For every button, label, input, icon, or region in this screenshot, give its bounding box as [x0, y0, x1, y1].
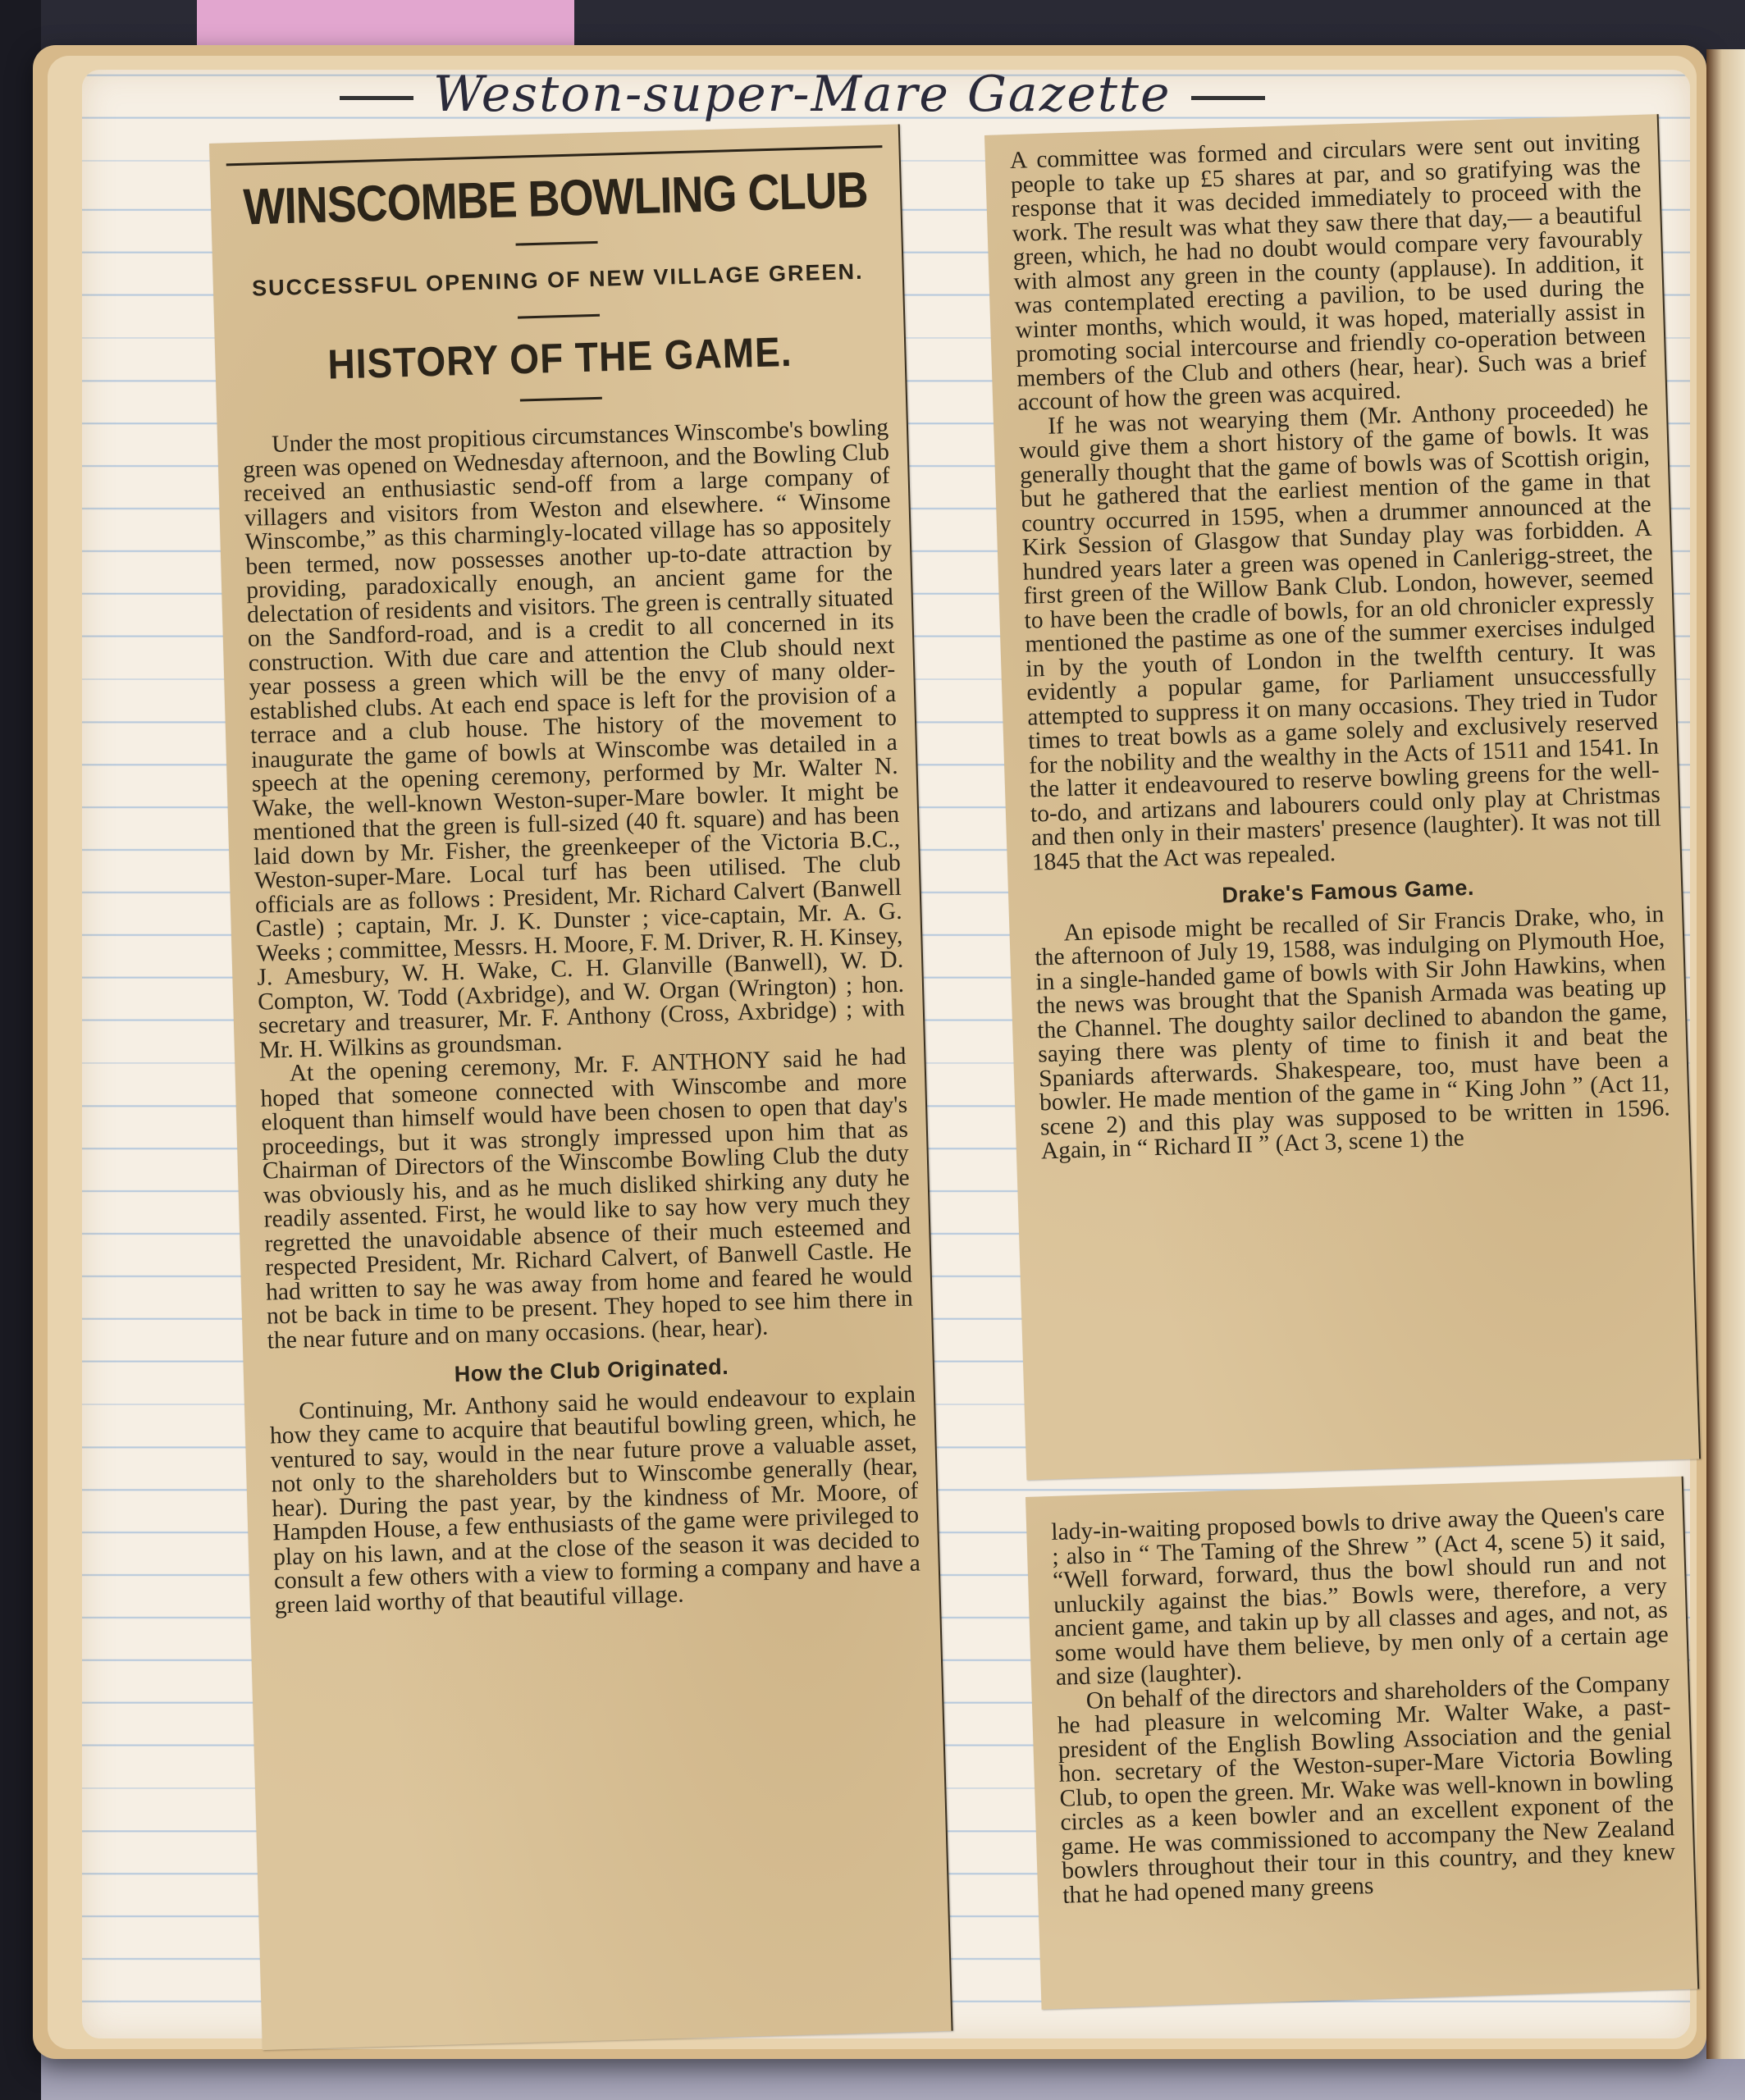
- newspaper-clipping-left: WINSCOMBE BOWLING CLUB SUCCESSFUL OPENIN…: [209, 124, 953, 2050]
- paragraph: On behalf of the directors and sharehold…: [1056, 1671, 1676, 1908]
- article-body: lady-in-waiting proposed bowls to drive …: [1026, 1501, 1694, 1909]
- dash-left: [340, 96, 413, 100]
- paragraph: Continuing, Mr. Anthony said he would en…: [269, 1382, 921, 1618]
- source-name: Weston-super-Mare Gazette: [433, 66, 1172, 123]
- dash-right: [1191, 96, 1265, 100]
- article-body: A committee was formed and circulars wer…: [985, 129, 1689, 1165]
- paragraph: If he was not wearying them (Mr. Anthony…: [1018, 395, 1662, 874]
- article-body: Under the most propitious circumstances …: [217, 415, 939, 1618]
- divider: [516, 241, 598, 246]
- newspaper-clipping-right-top: A committee was formed and circulars wer…: [984, 114, 1701, 1480]
- book-spine: [1706, 49, 1745, 2059]
- subheadline: SUCCESSFUL OPENING OF NEW VILLAGE GREEN.: [212, 253, 902, 306]
- paragraph: Under the most propitious circumstances …: [242, 416, 906, 1063]
- divider: [520, 397, 602, 402]
- paragraph: lady-in-waiting proposed bowls to drive …: [1051, 1502, 1670, 1691]
- paragraph: At the opening ceremony, Mr. F. ANTHONY …: [259, 1045, 914, 1354]
- paragraph: An episode might be recalled of Sir Fran…: [1034, 902, 1671, 1164]
- newspaper-clipping-right-bottom: lady-in-waiting proposed bowls to drive …: [1026, 1477, 1699, 2010]
- divider: [518, 314, 600, 319]
- paragraph: A committee was formed and circulars wer…: [1010, 130, 1648, 415]
- masthead: WINSCOMBE BOWLING CLUB: [210, 160, 901, 238]
- headline: HISTORY OF THE GAME.: [215, 324, 905, 392]
